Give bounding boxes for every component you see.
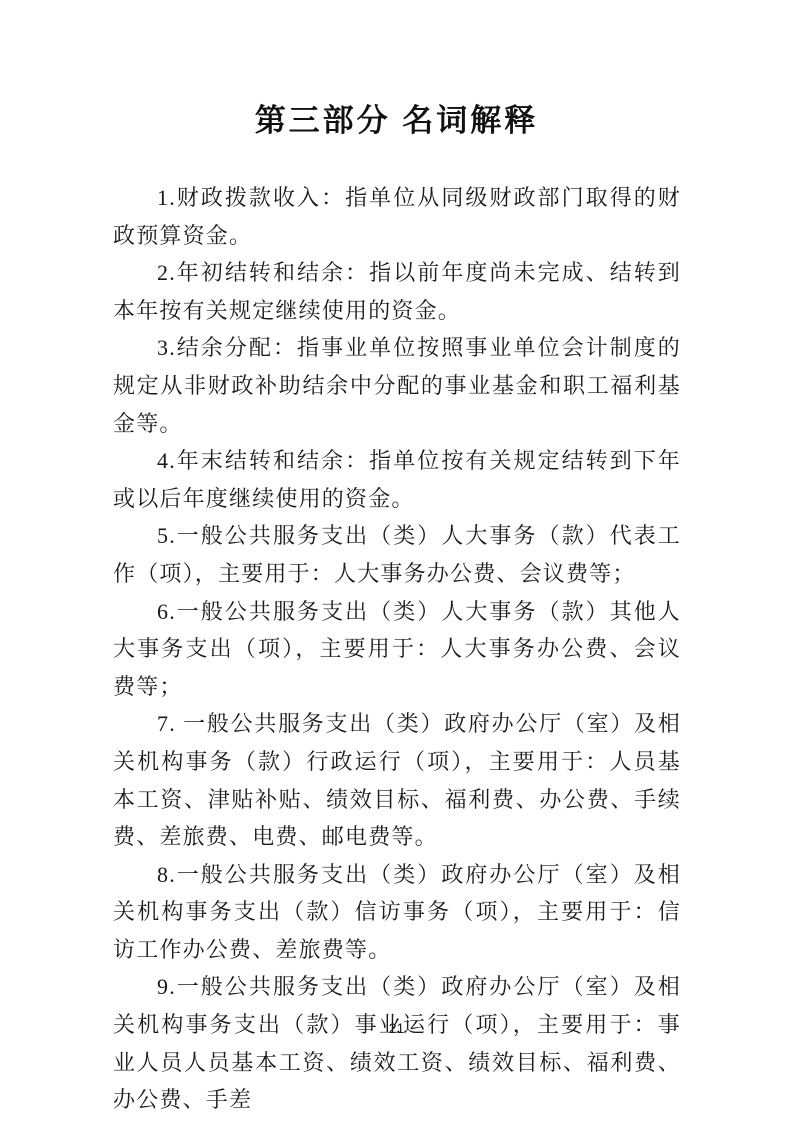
paragraph-8: 8.一般公共服务支出（类）政府办公厅（室）及相关机构事务支出（款）信访事务（项）… xyxy=(113,856,681,969)
paragraph-5: 5.一般公共服务支出（类）人大事务（款）代表工作（项），主要用于：人大事务办公费… xyxy=(113,517,681,592)
paragraph-4: 4.年末结转和结余：指单位按有关规定结转到下年或以后年度继续使用的资金。 xyxy=(113,442,681,517)
document-body: 1.财政拨款收入：指单位从同级财政部门取得的财政预算资金。 2.年初结转和结余：… xyxy=(113,179,681,1119)
page-title: 第三部分 名词解释 xyxy=(0,95,793,140)
document-page: 第三部分 名词解释 1.财政拨款收入：指单位从同级财政部门取得的财政预算资金。 … xyxy=(0,0,793,1122)
paragraph-6: 6.一般公共服务支出（类）人大事务（款）其他人大事务支出（项），主要用于：人大事… xyxy=(113,593,681,706)
page-number: 21 xyxy=(0,1020,793,1036)
paragraph-3: 3.结余分配：指事业单位按照事业单位会计制度的规定从非财政补助结余中分配的事业基… xyxy=(113,329,681,442)
paragraph-1: 1.财政拨款收入：指单位从同级财政部门取得的财政预算资金。 xyxy=(113,179,681,254)
paragraph-7: 7. 一般公共服务支出（类）政府办公厅（室）及相关机构事务（款）行政运行（项），… xyxy=(113,705,681,855)
paragraph-2: 2.年初结转和结余：指以前年度尚未完成、结转到本年按有关规定继续使用的资金。 xyxy=(113,254,681,329)
paragraph-9: 9.一般公共服务支出（类）政府办公厅（室）及相关机构事务支出（款）事业运行（项）… xyxy=(113,968,681,1118)
